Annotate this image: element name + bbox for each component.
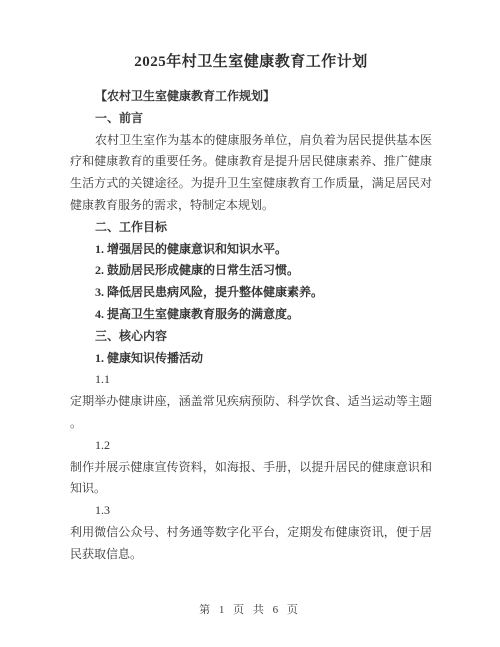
bracket-heading: 【农村卫生室健康教育工作规划】 [70, 86, 432, 108]
paragraph-line: 。 [70, 413, 432, 435]
paragraph-line: 利用微信公众号、村务通等数字化平台，定期发布健康资讯，便于居 [70, 522, 432, 544]
paragraph-line: 生活方式的关键途径。为提升卫生室健康教育工作质量，满足居民对 [70, 173, 432, 195]
page-title: 2025年村卫生室健康教育工作计划 [70, 50, 432, 74]
paragraph-line: 定期举办健康讲座，涵盖常见疾病预防、科学饮食、适当运动等主题 [70, 391, 432, 413]
goal-item: 3. 降低居民患病风险，提升整体健康素养。 [70, 282, 432, 304]
document-page: 2025年村卫生室健康教育工作计划 【农村卫生室健康教育工作规划】 一、前言 农… [0, 0, 500, 647]
goal-item: 4. 提高卫生室健康教育服务的满意度。 [70, 304, 432, 326]
paragraph-line: 制作并展示健康宣传资料，如海报、手册，以提升居民的健康意识和 [70, 457, 432, 479]
section-heading-core: 三、核心内容 [70, 326, 432, 348]
goal-item: 2. 鼓励居民形成健康的日常生活习惯。 [70, 260, 432, 282]
paragraph-line: 疗和健康教育的重要任务。健康教育是提升居民健康素养、推广健康 [70, 151, 432, 173]
item-number: 1.2 [70, 435, 432, 457]
section-heading-preface: 一、前言 [70, 108, 432, 130]
paragraph-line: 民获取信息。 [70, 544, 432, 566]
subsection-heading: 1. 健康知识传播活动 [70, 348, 432, 370]
paragraph-line: 健康教育服务的需求，特制定本规划。 [70, 195, 432, 217]
paragraph-line: 知识。 [70, 478, 432, 500]
item-number: 1.3 [70, 500, 432, 522]
document-body: 2025年村卫生室健康教育工作计划 【农村卫生室健康教育工作规划】 一、前言 农… [70, 50, 432, 566]
paragraph-line: 农村卫生室作为基本的健康服务单位，肩负着为居民提供基本医 [70, 130, 432, 152]
section-heading-goals: 二、工作目标 [70, 217, 432, 239]
goal-item: 1. 增强居民的健康意识和知识水平。 [70, 239, 432, 261]
footer-page-number: 第 1 页 共 6 页 [0, 601, 500, 617]
item-number: 1.1 [70, 369, 432, 391]
